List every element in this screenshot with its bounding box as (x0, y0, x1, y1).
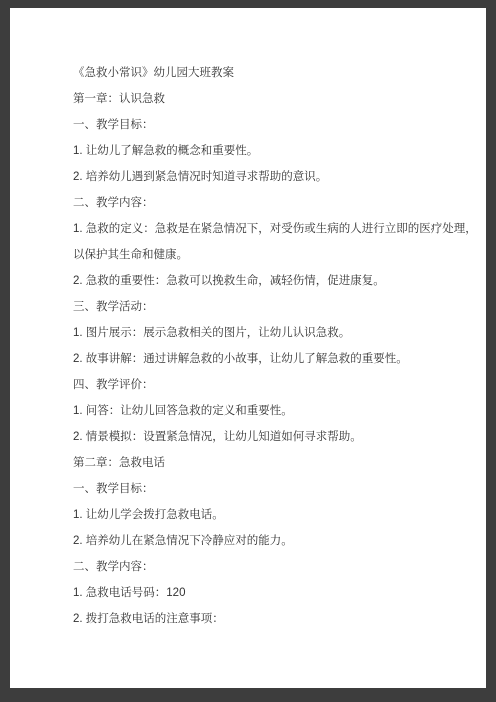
document-line: 1. 让幼儿学会拨打急救电话。 (73, 502, 482, 528)
document-line: 二、教学内容： (73, 190, 482, 216)
document-title: 《急救小常识》幼儿园大班教案 (73, 60, 482, 86)
document-line: 一、教学目标： (73, 112, 482, 138)
document-line: 一、教学目标： (73, 476, 482, 502)
document-line: 2. 培养幼儿在紧急情况下冷静应对的能力。 (73, 528, 482, 554)
document-line: 第一章：认识急救 (73, 86, 482, 112)
document-line: 1. 急救的定义：急救是在紧急情况下，对受伤或生病的人进行立即的医疗处理， (73, 216, 482, 242)
document-viewer-background: 《急救小常识》幼儿园大班教案第一章：认识急救一、教学目标：1. 让幼儿了解急救的… (0, 0, 496, 702)
document-line: 第二章：急救电话 (73, 450, 482, 476)
document-line: 1. 让幼儿了解急救的概念和重要性。 (73, 138, 482, 164)
document-line: 2. 培养幼儿遇到紧急情况时知道寻求帮助的意识。 (73, 164, 482, 190)
document-line: 2. 故事讲解：通过讲解急救的小故事，让幼儿了解急救的重要性。 (73, 346, 482, 372)
document-line: 2. 拨打急救电话的注意事项： (73, 606, 482, 632)
document-line: 四、教学评价： (73, 372, 482, 398)
document-line: 2. 急救的重要性：急救可以挽救生命，减轻伤情，促进康复。 (73, 268, 482, 294)
document-page: 《急救小常识》幼儿园大班教案第一章：认识急救一、教学目标：1. 让幼儿了解急救的… (10, 8, 486, 688)
document-line: 1. 问答：让幼儿回答急救的定义和重要性。 (73, 398, 482, 424)
document-line: 1. 图片展示：展示急救相关的图片，让幼儿认识急救。 (73, 320, 482, 346)
document-line: 2. 情景模拟：设置紧急情况，让幼儿知道如何寻求帮助。 (73, 424, 482, 450)
document-line: 三、教学活动： (73, 294, 482, 320)
document-line: 1. 急救电话号码：120 (73, 580, 482, 606)
document-line: 以保护其生命和健康。 (73, 242, 482, 268)
document-line: 二、教学内容： (73, 554, 482, 580)
document-body: 《急救小常识》幼儿园大班教案第一章：认识急救一、教学目标：1. 让幼儿了解急救的… (73, 60, 482, 632)
